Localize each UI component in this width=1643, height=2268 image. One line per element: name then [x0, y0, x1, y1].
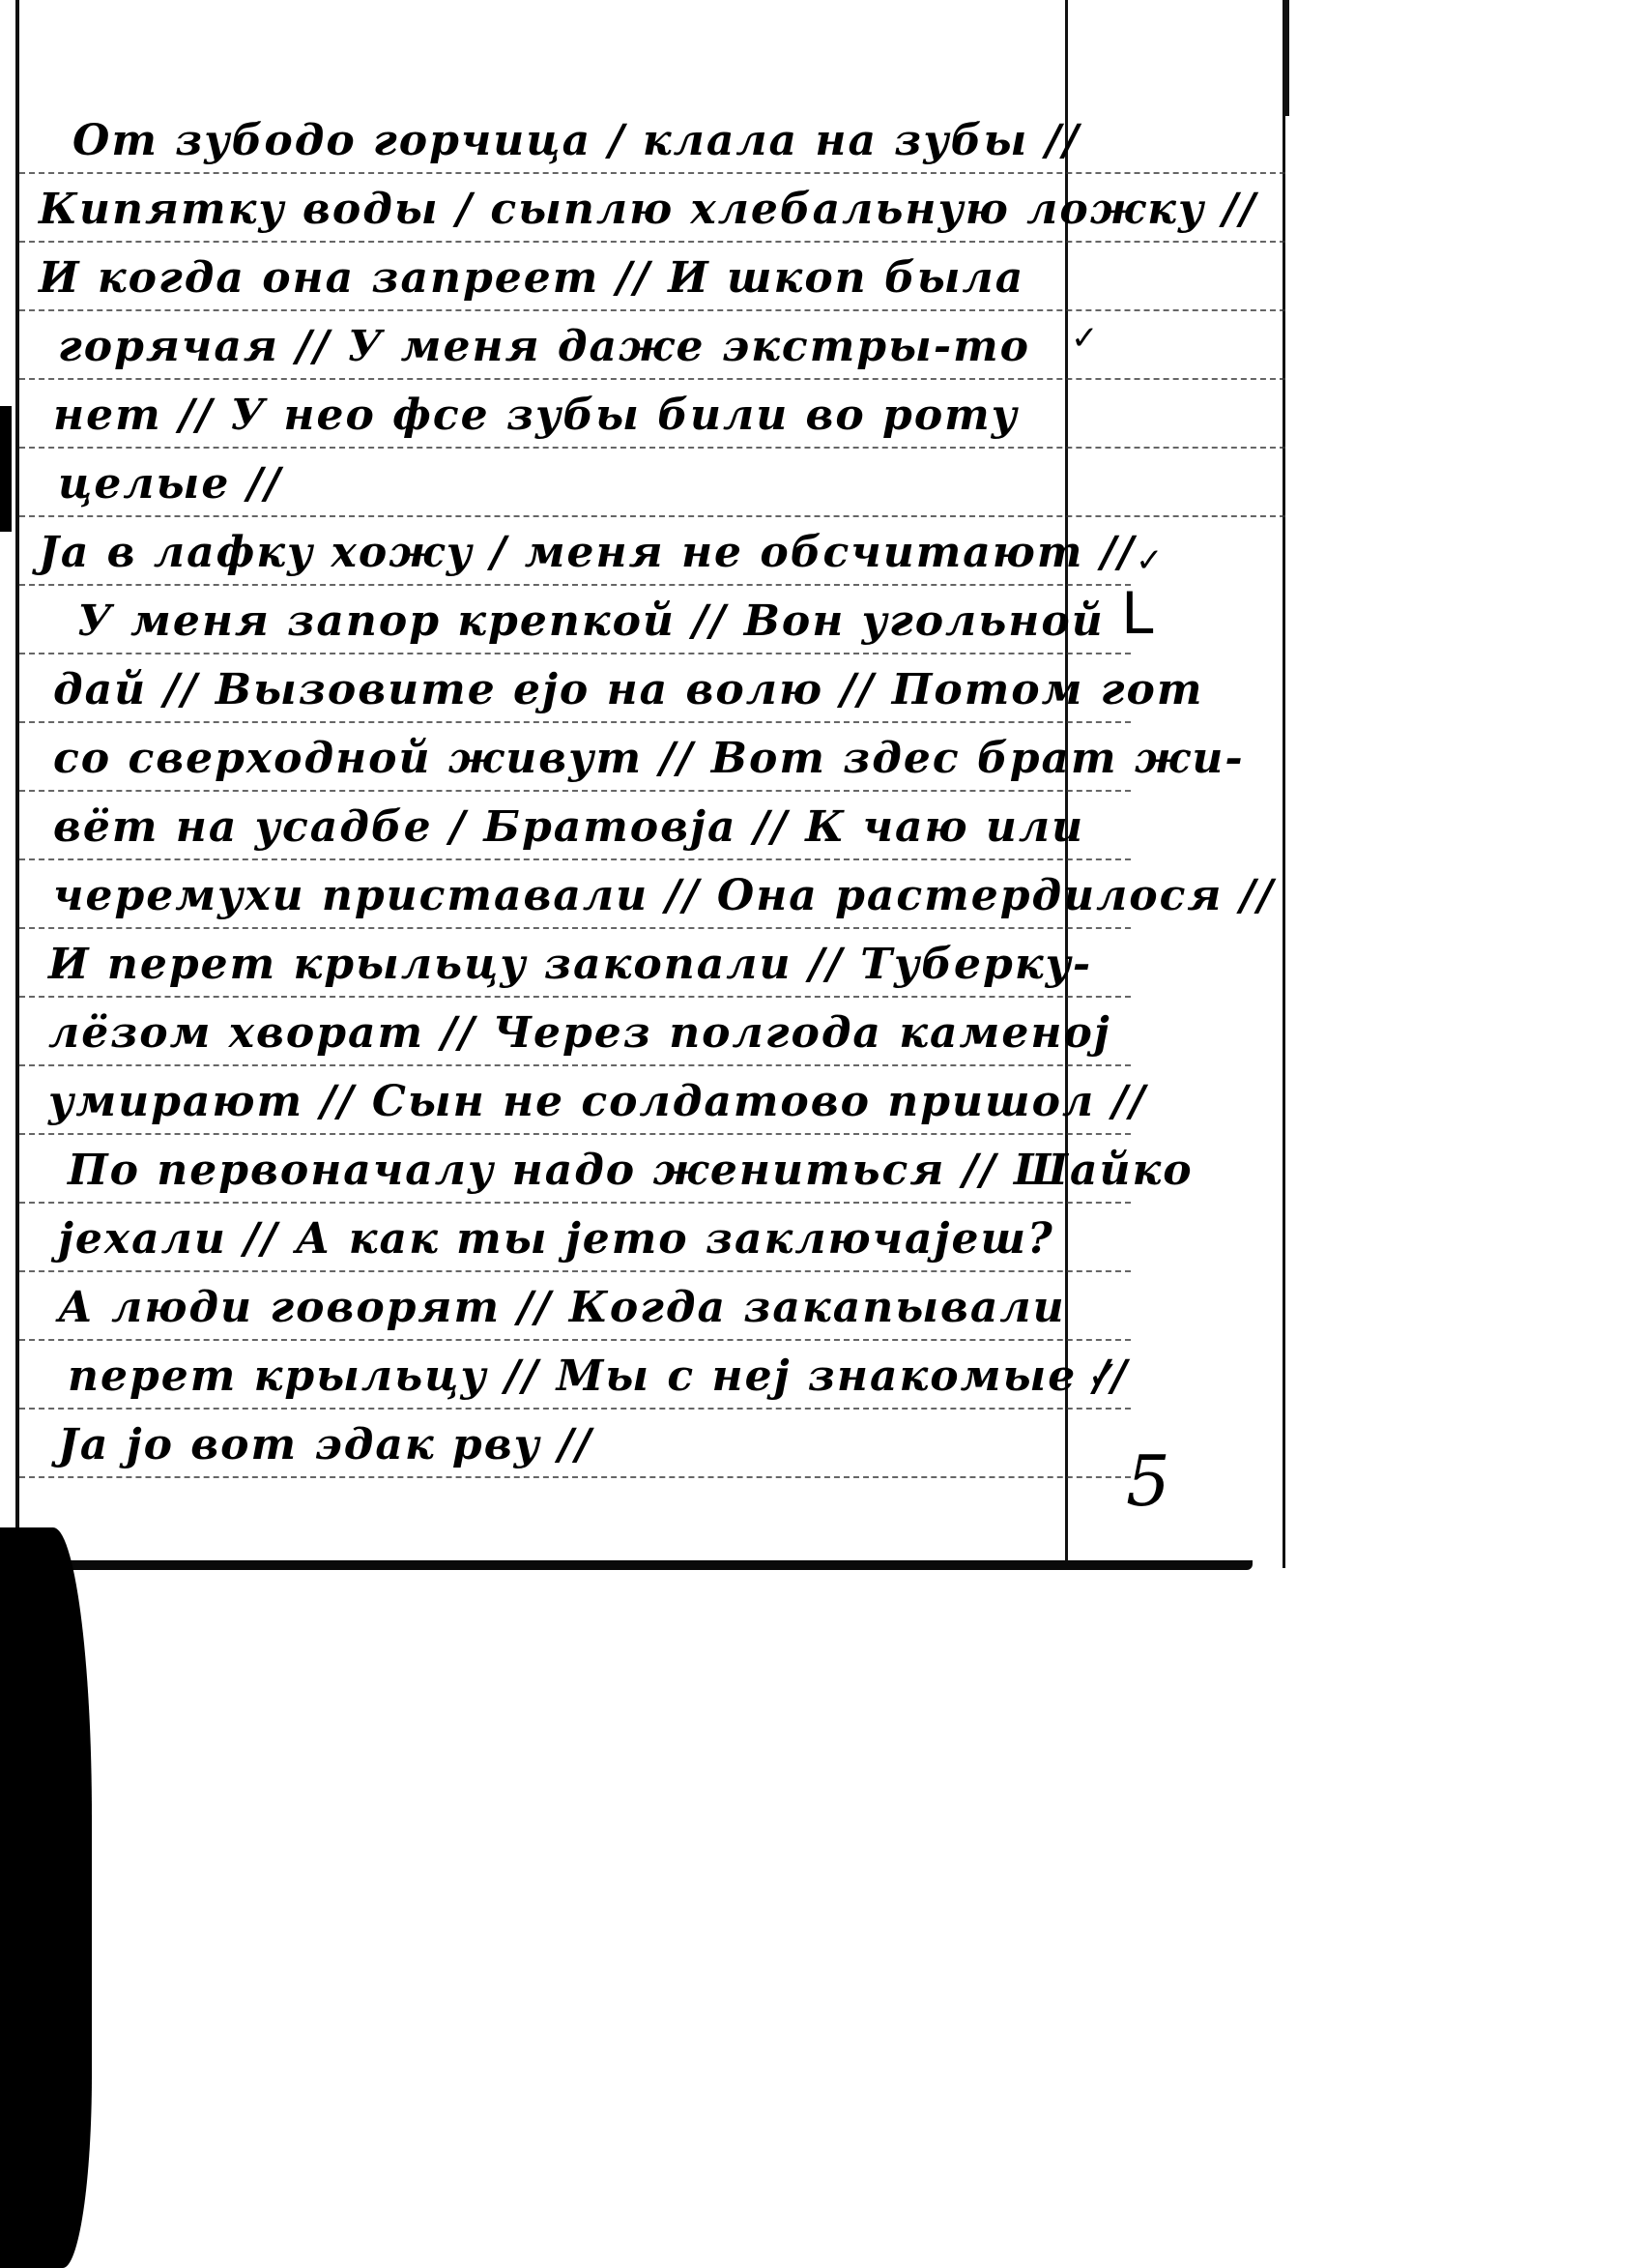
- text-line-14: лёзом хворат // Через полгода каменој: [48, 999, 1073, 1067]
- text-line-4: горячая // У меня даже экстры-то: [58, 312, 1082, 381]
- text-line-7: Ја в лафку хожу / меня не обсчитают //: [39, 518, 1063, 587]
- binding-mark: [0, 406, 12, 532]
- text-line-20: Ја јо вот эдак рву //: [58, 1410, 1082, 1479]
- text-line-13: И перет крыльцу закопали // Туберку-: [48, 930, 1073, 999]
- text-line-9: дай // Вызовите ејо на волю // Потом гот: [53, 655, 1078, 724]
- page-number: 5: [1126, 1440, 1170, 1522]
- text-line-15: умирают // Сын не солдатово пришол //: [48, 1067, 1073, 1136]
- text-line-1: От зубодо горчица / клала на зубы //: [72, 106, 1097, 175]
- text-line-18: А люди говорят // Когда закапывали: [58, 1273, 1082, 1342]
- check-mark-icon: ✓: [1136, 541, 1164, 580]
- text-line-11: вёт на усадбе / Братовја // К чаю или: [53, 793, 1078, 861]
- text-line-19: перет крыльцу // Мы с неј знакомые //: [68, 1342, 1092, 1410]
- text-line-5: нет // У нео фсе зубы били во роту: [53, 381, 1078, 450]
- check-mark-icon: ✓: [1087, 1353, 1120, 1398]
- check-mark-icon: ✓: [1071, 319, 1099, 358]
- text-line-16: По первоначалу надо жениться // Шайко: [68, 1136, 1092, 1205]
- scan-shadow: [0, 1527, 92, 2268]
- text-line-17: јехали // А как ты јето заключајеш?: [58, 1205, 1082, 1273]
- check-mark-icon: L: [1121, 580, 1153, 648]
- text-line-3: И когда она запреет // И шкоп была: [39, 244, 1063, 312]
- text-line-2: Кипятку воды / сыплю хлебальную ложку //: [39, 175, 1063, 244]
- page-edge: [1283, 0, 1289, 116]
- text-line-8: У меня запор крепкой // Вон угольной: [77, 587, 1102, 655]
- page-bottom-edge: [15, 1560, 1253, 1570]
- text-line-12: черемухи приставали // Она растердилося …: [53, 861, 1078, 930]
- text-line-6: целые //: [58, 450, 1082, 518]
- text-line-10: со сверходной живут // Вот здес брат жи-: [53, 724, 1078, 793]
